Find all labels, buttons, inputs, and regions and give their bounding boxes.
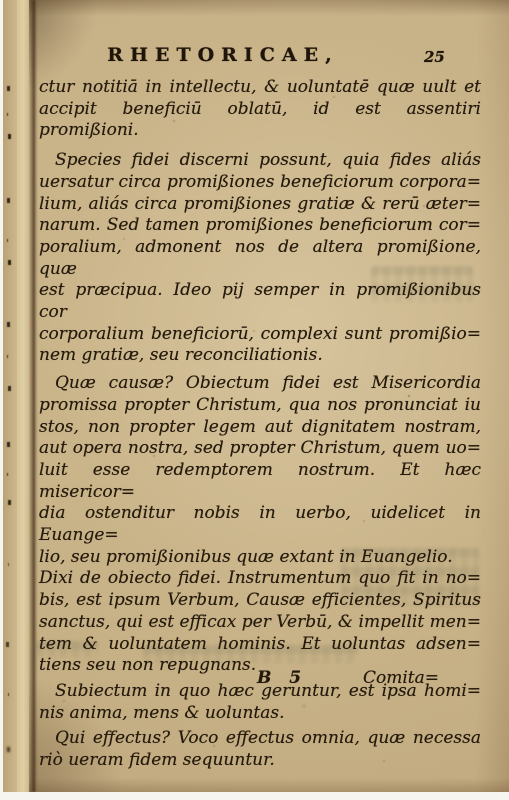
text-line: Qui effectus? Voco effectus omnia, quæ n… [39, 728, 481, 750]
text-line: riò ueram fidem sequuntur. [39, 750, 481, 772]
text-line: Species fidei discerni possunt, quia fid… [39, 150, 481, 172]
text-line: tem & uoluntatem hominis. Et uoluntas ad… [39, 634, 481, 656]
text-line: ctur notitiā in intellectu, & uoluntatē … [39, 77, 481, 99]
catchword: Comita= [363, 668, 439, 688]
text-line: aut opera nostra, sed propter Christum, … [39, 438, 481, 460]
facing-page-edge [3, 0, 17, 792]
text-line: stos, non propter legem aut dignitatem n… [39, 417, 481, 439]
text-line: est præcipua. Ideo pij semper in promißi… [39, 280, 481, 323]
text-line: Quæ causæ? Obiectum fidei est Misericord… [39, 373, 481, 395]
page-number: 25 [424, 48, 445, 66]
text-line: Dixi de obiecto fidei. Instrumentum quo … [39, 568, 481, 590]
text-line: sanctus, qui est efficax per Verbū, & im… [39, 612, 481, 634]
text-line: lium, aliás circa promißiones gratiæ & r… [39, 194, 481, 216]
text-line: bis, est ipsum Verbum, Causæ efficientes… [39, 590, 481, 612]
text-line: luit esse redemptorem nostrum. Et hæc mi… [39, 460, 481, 503]
page-edge-ridge [17, 0, 29, 792]
text-line: promissa propter Christum, qua nos pronu… [39, 395, 481, 417]
scanner-margin-left [0, 0, 3, 800]
text-line: narum. Sed tamen promißiones beneficioru… [39, 215, 481, 237]
text-line: accipit beneficiū oblatū, id est assenti… [39, 99, 481, 142]
text-line: nis anima, mens & uoluntas. [39, 703, 481, 725]
text-line: lio, seu promißionibus quæ extant in Eua… [39, 547, 481, 569]
book-page-scan: RHETORICAE, 25 ctur notitiā in intellect… [3, 0, 509, 792]
text-line: nem gratiæ, seu reconciliationis. [39, 345, 481, 367]
scanner-margin-bottom [0, 792, 509, 800]
footer-row: B 5 Comita= [39, 668, 481, 692]
text-line: poralium, admonent nos de altera promißi… [39, 237, 481, 280]
text-line: corporalium beneficiorū, complexi sunt p… [39, 324, 481, 346]
running-header-title: RHETORICAE, [88, 44, 358, 66]
running-header-row: RHETORICAE, 25 [36, 44, 481, 70]
facing-page-text-fragments [4, 0, 11, 9]
text-line: uersatur circa promißiones beneficiorum … [39, 172, 481, 194]
text-line: dia ostenditur nobis in uerbo, uidelicet… [39, 503, 481, 546]
signature-mark: B 5 [257, 668, 307, 688]
gutter-crease [29, 0, 38, 792]
